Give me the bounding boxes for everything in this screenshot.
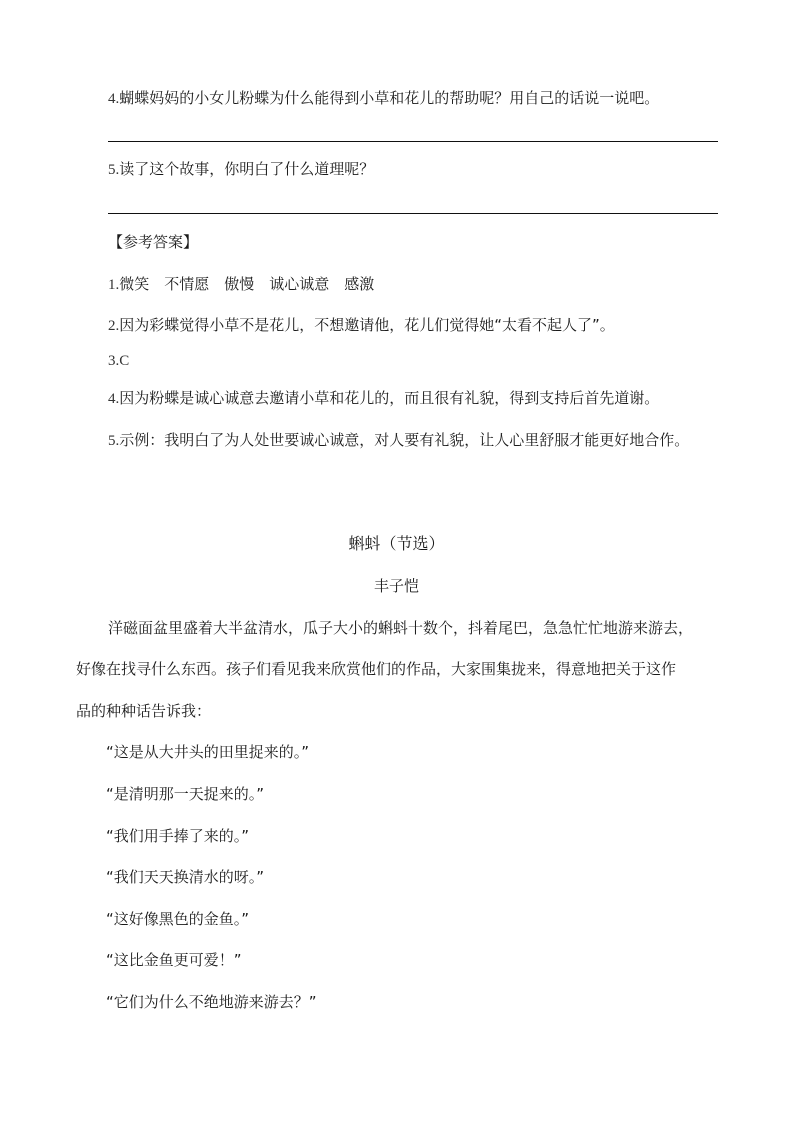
- answer-item: 5.示例：我明白了为人处世要诚心诚意，对人要有礼貌，让人心里舒服才能更好地合作。: [108, 430, 689, 451]
- answer-text: C: [119, 353, 129, 369]
- paragraph-line: 洋磁面盆里盛着大半盆清水，瓜子大小的蝌蚪十数个，抖着尾巴，急急忙忙地游来游去，: [108, 618, 693, 638]
- quote-line: “我们用手捧了来的。”: [106, 826, 249, 846]
- quote-line: “它们为什么不绝地游来游去？”: [106, 992, 317, 1012]
- question-number: 4.: [108, 91, 119, 107]
- answer-text: 因为粉蝶是诚心诚意去邀请小草和花儿的，而且很有礼貌，得到支持后首先道谢。: [119, 389, 659, 407]
- answer-text: 微笑 不情愿 傲慢 诚心诚意 感激: [119, 275, 374, 293]
- article-author: 丰子恺: [0, 576, 793, 596]
- quote-line: “是清明那一天捉来的。”: [106, 784, 264, 804]
- answer-number: 5.: [108, 433, 119, 449]
- paragraph-line: 品的种种话告诉我：: [76, 701, 211, 721]
- answer-text: 示例：我明白了为人处世要诚心诚意，对人要有礼貌，让人心里舒服才能更好地合作。: [119, 431, 689, 449]
- quote-line: “这好像黑色的金鱼。”: [106, 909, 249, 929]
- answer-number: 3.: [108, 353, 119, 369]
- question-text: 读了这个故事，你明白了什么道理呢？: [119, 160, 374, 178]
- answer-item: 3.C: [108, 350, 129, 371]
- question-text: 蝴蝶妈妈的小女儿粉蝶为什么能得到小草和花儿的帮助呢？用自己的话说一说吧。: [119, 89, 659, 107]
- answer-item: 2.因为彩蝶觉得小草不是花儿，不想邀请他，花儿们觉得她“太看不起人了”。: [108, 315, 615, 336]
- question-5: 5.读了这个故事，你明白了什么道理呢？: [108, 159, 374, 180]
- answer-text: 因为彩蝶觉得小草不是花儿，不想邀请他，花儿们觉得她“太看不起人了”。: [119, 316, 615, 334]
- answers-heading: 【参考答案】: [108, 232, 198, 252]
- answer-item: 4.因为粉蝶是诚心诚意去邀请小草和花儿的，而且很有礼貌，得到支持后首先道谢。: [108, 388, 659, 409]
- answer-line-5[interactable]: [108, 213, 718, 214]
- answer-line-4[interactable]: [108, 141, 718, 142]
- question-4: 4.蝴蝶妈妈的小女儿粉蝶为什么能得到小草和花儿的帮助呢？用自己的话说一说吧。: [108, 88, 659, 109]
- quote-line: “我们天天换清水的呀。”: [106, 867, 264, 887]
- paragraph-line: 好像在找寻什么东西。孩子们看见我来欣赏他们的作品，大家围集拢来，得意地把关于这作: [76, 659, 676, 679]
- quote-line: “这是从大井头的田里捉来的。”: [106, 742, 309, 762]
- answer-number: 2.: [108, 318, 119, 334]
- quote-line: “这比金鱼更可爱！”: [106, 950, 242, 970]
- answer-number: 4.: [108, 391, 119, 407]
- article-title: 蝌蚪（节选）: [0, 534, 793, 554]
- answer-item: 1.微笑 不情愿 傲慢 诚心诚意 感激: [108, 274, 374, 295]
- question-number: 5.: [108, 162, 119, 178]
- answer-number: 1.: [108, 277, 119, 293]
